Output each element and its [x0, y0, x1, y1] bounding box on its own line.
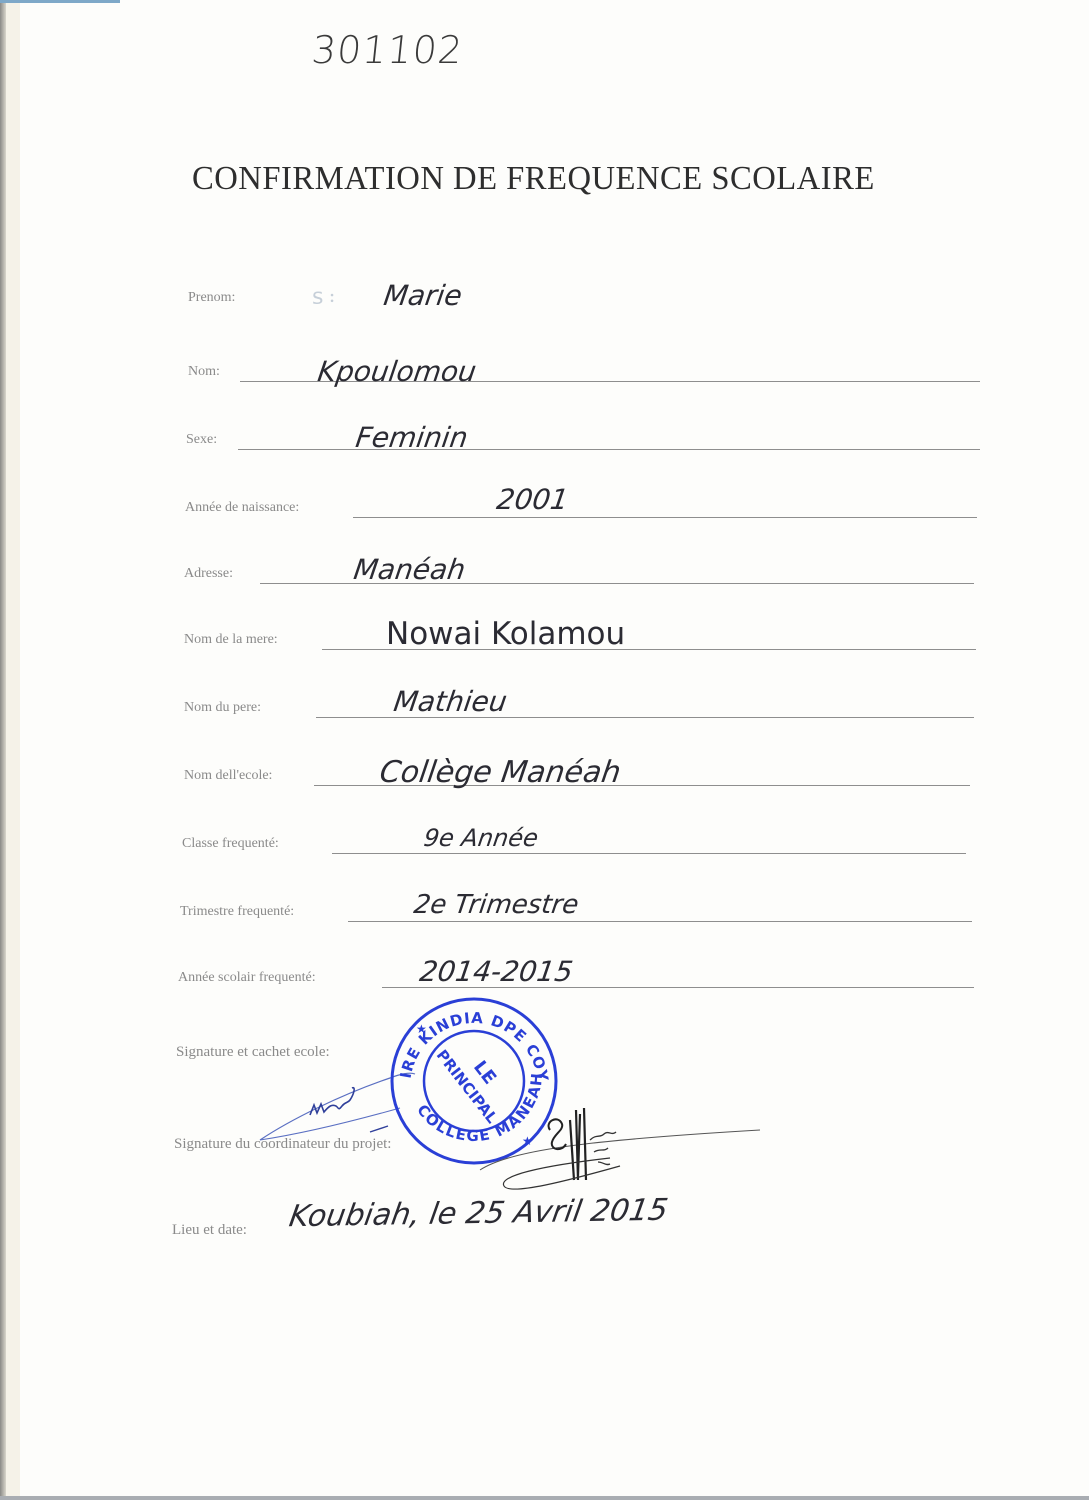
field-label: Adresse: — [184, 566, 233, 582]
field-underline — [332, 853, 966, 854]
field-label: Sexe: — [186, 432, 217, 448]
field-label: Nom du pere: — [184, 700, 261, 716]
field-nom-pere: Nom du pere: Mathieu — [184, 678, 974, 718]
field-value: Marie — [382, 279, 464, 312]
field-value: 2001 — [495, 483, 571, 516]
field-sexe: Sexe: Feminin — [186, 410, 980, 450]
field-label: Année scolair frequenté: — [178, 970, 316, 986]
field-value: 2e Trimestre — [412, 890, 581, 920]
field-label: Classe frequenté: — [182, 836, 279, 852]
svg-text:IRE KINDIA DPE COYAH: IRE KINDIA DPE COYAH — [384, 995, 552, 1083]
field-prenom: Prenom: Marie — [188, 268, 978, 308]
field-label: Nom dell'ecole: — [184, 768, 272, 784]
field-underline — [353, 517, 977, 518]
coordinator-signature — [470, 1100, 770, 1210]
field-value: Feminin — [354, 421, 470, 454]
field-annee-scolaire: Année scolair frequenté: 2014-2015 — [178, 948, 974, 988]
field-value: 9e Année — [422, 824, 540, 852]
field-trimestre: Trimestre frequenté: 2e Trimestre — [180, 882, 972, 922]
field-label: Nom de la mere: — [184, 632, 278, 648]
field-value: Collège Manéah — [378, 755, 624, 790]
field-nom-mere: Nom de la mere: Nowai Kolamou — [184, 610, 976, 650]
signature-school-label: Signature et cachet ecole: — [176, 1044, 330, 1061]
field-nom-ecole: Nom dell'ecole: Collège Manéah — [184, 746, 970, 786]
reference-number: 301102 — [310, 28, 466, 72]
document-title: CONFIRMATION DE FREQUENCE SCOLAIRE — [192, 160, 960, 198]
field-label: Année de naissance: — [185, 500, 299, 516]
field-label: Nom: — [188, 364, 220, 380]
field-value: Nowai Kolamou — [386, 616, 625, 652]
field-label: Prenom: — [188, 290, 235, 306]
stamp-text-top: IRE KINDIA DPE COYAH — [384, 995, 552, 1083]
scan-edge-top — [0, 0, 120, 3]
field-value: 2014-2015 — [418, 955, 575, 988]
field-label: Trimestre frequenté: — [180, 904, 294, 920]
field-classe: Classe frequenté: 9e Année — [182, 814, 966, 854]
field-value: Manéah — [352, 553, 468, 586]
field-value: Mathieu — [392, 685, 509, 718]
field-underline — [238, 449, 980, 450]
scan-edge-bottom — [0, 1496, 1089, 1500]
stamp-star-icon: ★ — [416, 1022, 427, 1036]
field-value: Kpoulomou — [316, 355, 479, 388]
field-annee-naissance: Année de naissance: 2001 — [185, 478, 977, 518]
field-adresse: Adresse: Manéah — [184, 544, 974, 584]
place-date-label: Lieu et date: — [172, 1222, 247, 1239]
field-nom: Nom: Kpoulomou — [188, 342, 980, 382]
paper-fold-strip — [6, 0, 20, 1500]
field-underline — [348, 921, 972, 922]
